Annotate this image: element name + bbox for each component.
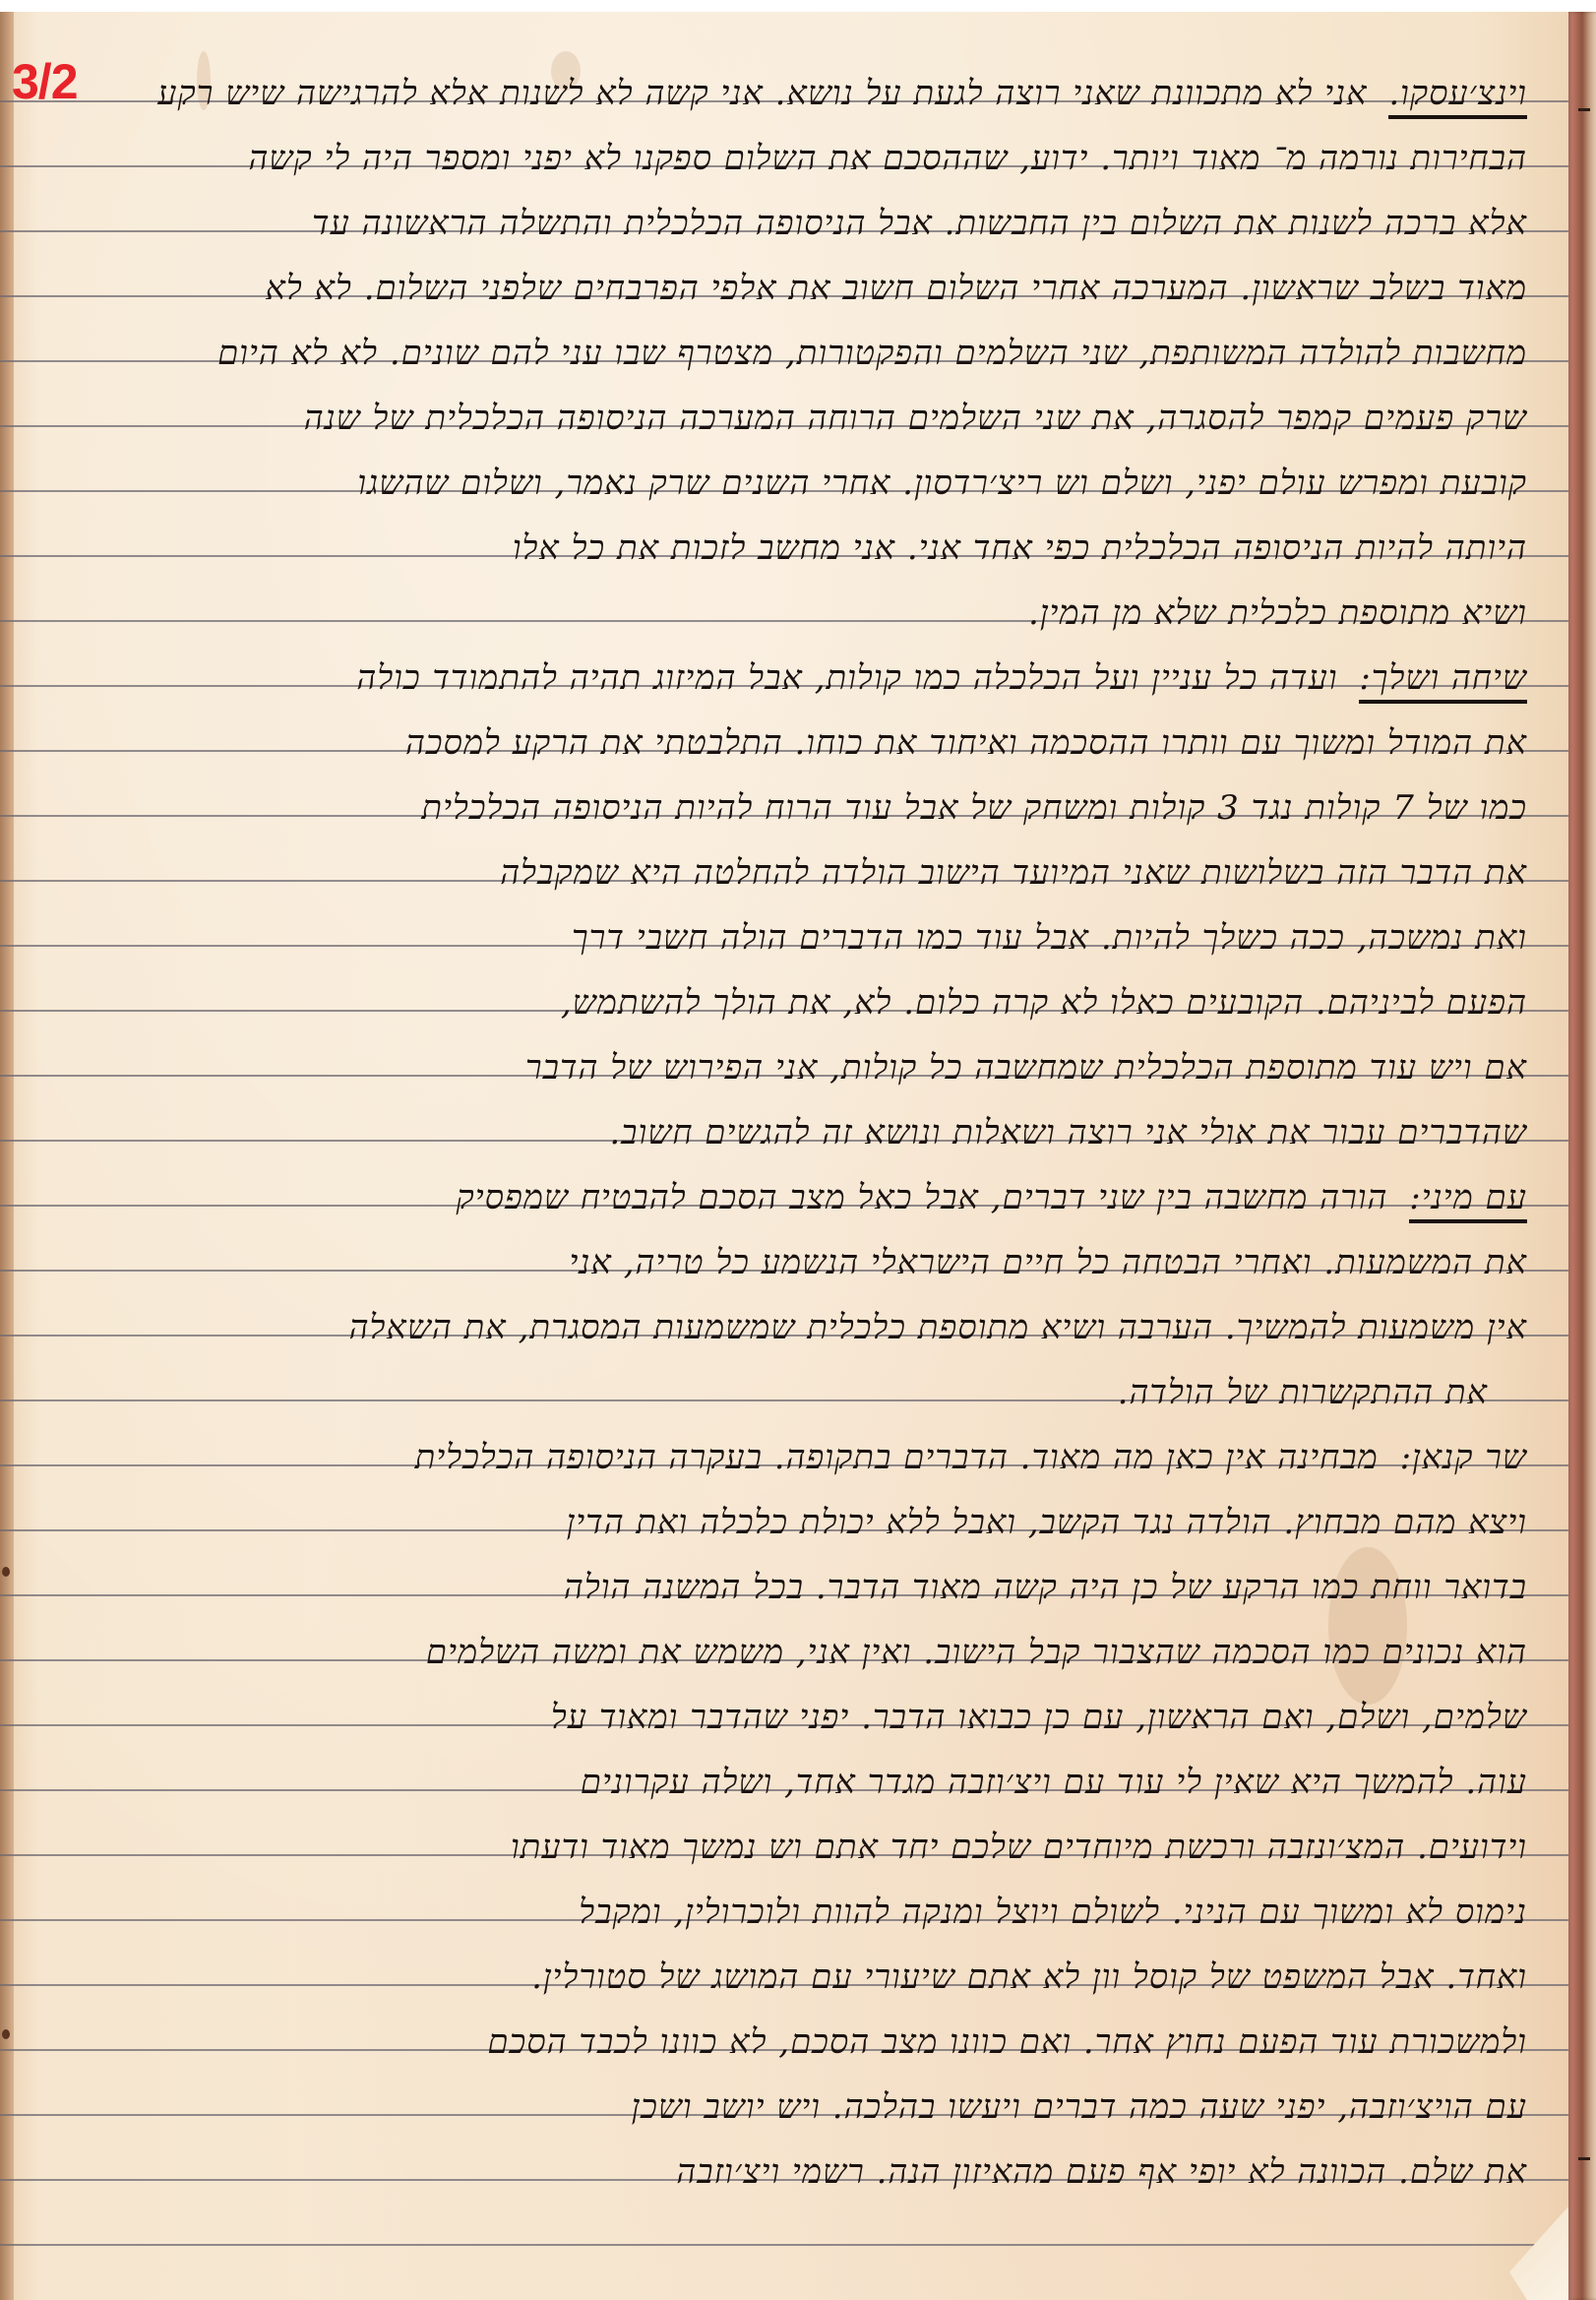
text-line: את המשמעות. ואחרי הבטחה כל חיים הישראלי …	[108, 1235, 1527, 1300]
text-line: את הדבר הזה בשלושות שאני המיועד הישוב הו…	[108, 845, 1527, 910]
notebook-page: 3/2 וינצ׳עסקו. אני לא מתכוונת שאני רוצה …	[0, 12, 1596, 2300]
section-heading: שר קנאן:	[1400, 1436, 1527, 1479]
text-line: עם מיני: הורה מחשבה בין שני דברים, אבל כ…	[108, 1170, 1527, 1235]
text-line: את שלם. הכוונה לא יופי אף פעם מהאיזון הנ…	[108, 2145, 1527, 2209]
folded-page-corner	[1509, 2207, 1568, 2300]
text-line: עוה. להמשך היא שאין לי עוד עם ויצ׳וזבה מ…	[108, 1755, 1527, 1820]
text-line: ושיא מתוספת כלכלית שלא מן המין.	[108, 586, 1527, 651]
text-line: את ההתקשרות של הולדה.	[108, 1365, 1527, 1430]
section-heading: וינצ׳עסקו.	[1388, 72, 1527, 119]
text-line: וינצ׳עסקו. אני לא מתכוונת שאני רוצה לגעת…	[108, 66, 1527, 131]
binding-hole	[2, 1567, 10, 1577]
text-line: ואת נמשכה, ככה כשלך להיות. אבל עוד כמו ה…	[108, 910, 1527, 975]
text-line: אם ויש עוד מתוספת הכלכלית שמחשבה כל קולו…	[108, 1040, 1527, 1105]
text-line: אלא ברכה לשנות את השלום בין החבשות. אבל …	[108, 196, 1527, 261]
text-line: וידועים. המצ׳ונזבה ורכשת מיוחדים שלכם יח…	[108, 1820, 1527, 1885]
text-line: שהדברים עבור את אולי אני רוצה ושאלות ונו…	[108, 1105, 1527, 1170]
text-line: את המודל ומשוך עם וותרו ההסכמה ואיחוד את…	[108, 715, 1527, 780]
page-left-edge	[0, 12, 14, 2300]
text-line: עם הויצ׳וזבה, יפני שעה כמה דברים ויעשו ב…	[108, 2080, 1527, 2145]
page-number-label: 3/2	[12, 57, 78, 106]
text-line: ולמשכורת עוד הפעם נחוץ אחר. ואם כוונו מצ…	[108, 2015, 1527, 2080]
text-line: שרק פעמים קמפר להסגרה, את שני השלמים הרו…	[108, 391, 1527, 456]
spine-mark	[1578, 2157, 1590, 2160]
text-line: אין משמעות להמשיך. הערבה ושיא מתוספת כלכ…	[108, 1300, 1527, 1365]
text-line: הפעם לביניהם. הקובעים כאלו לא קרה כלום. …	[108, 975, 1527, 1040]
text-line: הבחירות נורמה מ־ מאוד ויותר. ידוע, שההסכ…	[108, 131, 1527, 196]
handwritten-text: וינצ׳עסקו. אני לא מתכוונת שאני רוצה לגעת…	[108, 66, 1527, 2209]
ruled-line	[0, 2244, 1568, 2246]
text-line: שיחה ושלך: ועדה כל עניין ועל הכלכלה כמו …	[108, 651, 1527, 715]
text-line: שלמים, ושלם, ואם הראשון, עם כן כבואו הדב…	[108, 1690, 1527, 1755]
text-line: ואחד. אבל המשפט של קוסל וון לא אתם שיעור…	[108, 1950, 1527, 2015]
text-line: נימוס לא ומשוך עם הניני. לשולם ויוצל ומנ…	[108, 1885, 1527, 1950]
spine-mark	[1578, 108, 1590, 111]
text-line: קובעת ומפרש עולם יפני, ושלם וש ריצ׳רדסון…	[108, 456, 1527, 521]
section-heading: שיחה ושלך:	[1359, 656, 1527, 704]
section-heading: עם מיני:	[1409, 1176, 1527, 1223]
text-line: כמו של 7 קולות נגד 3 קולות ומשחק של אבל …	[108, 780, 1527, 845]
binding-hole	[2, 2029, 10, 2039]
text-line: מחשבות להולדה המשותפת, שני השלמים והפקטו…	[108, 326, 1527, 391]
text-line: היותה להיות הניסופה הכלכלית כפי אחד אני.…	[108, 521, 1527, 586]
notebook-spine	[1568, 12, 1596, 2300]
text-line: מאוד בשלב שראשון. המערכה אחרי השלום חשוב…	[108, 261, 1527, 326]
text-line: הוא נכונים כמו הסכמה שהצבור קבל הישוב. ו…	[108, 1625, 1527, 1690]
text-line: ויצא מהם מבחוץ. הולדה נגד הקשב, ואבל ללא…	[108, 1495, 1527, 1560]
text-line: בדואר ווחת כמו הרקע של כן היה קשה מאוד ה…	[108, 1560, 1527, 1625]
text-line: שר קנאן: מבחינה אין כאן מה מאוד. הדברים …	[108, 1430, 1527, 1495]
